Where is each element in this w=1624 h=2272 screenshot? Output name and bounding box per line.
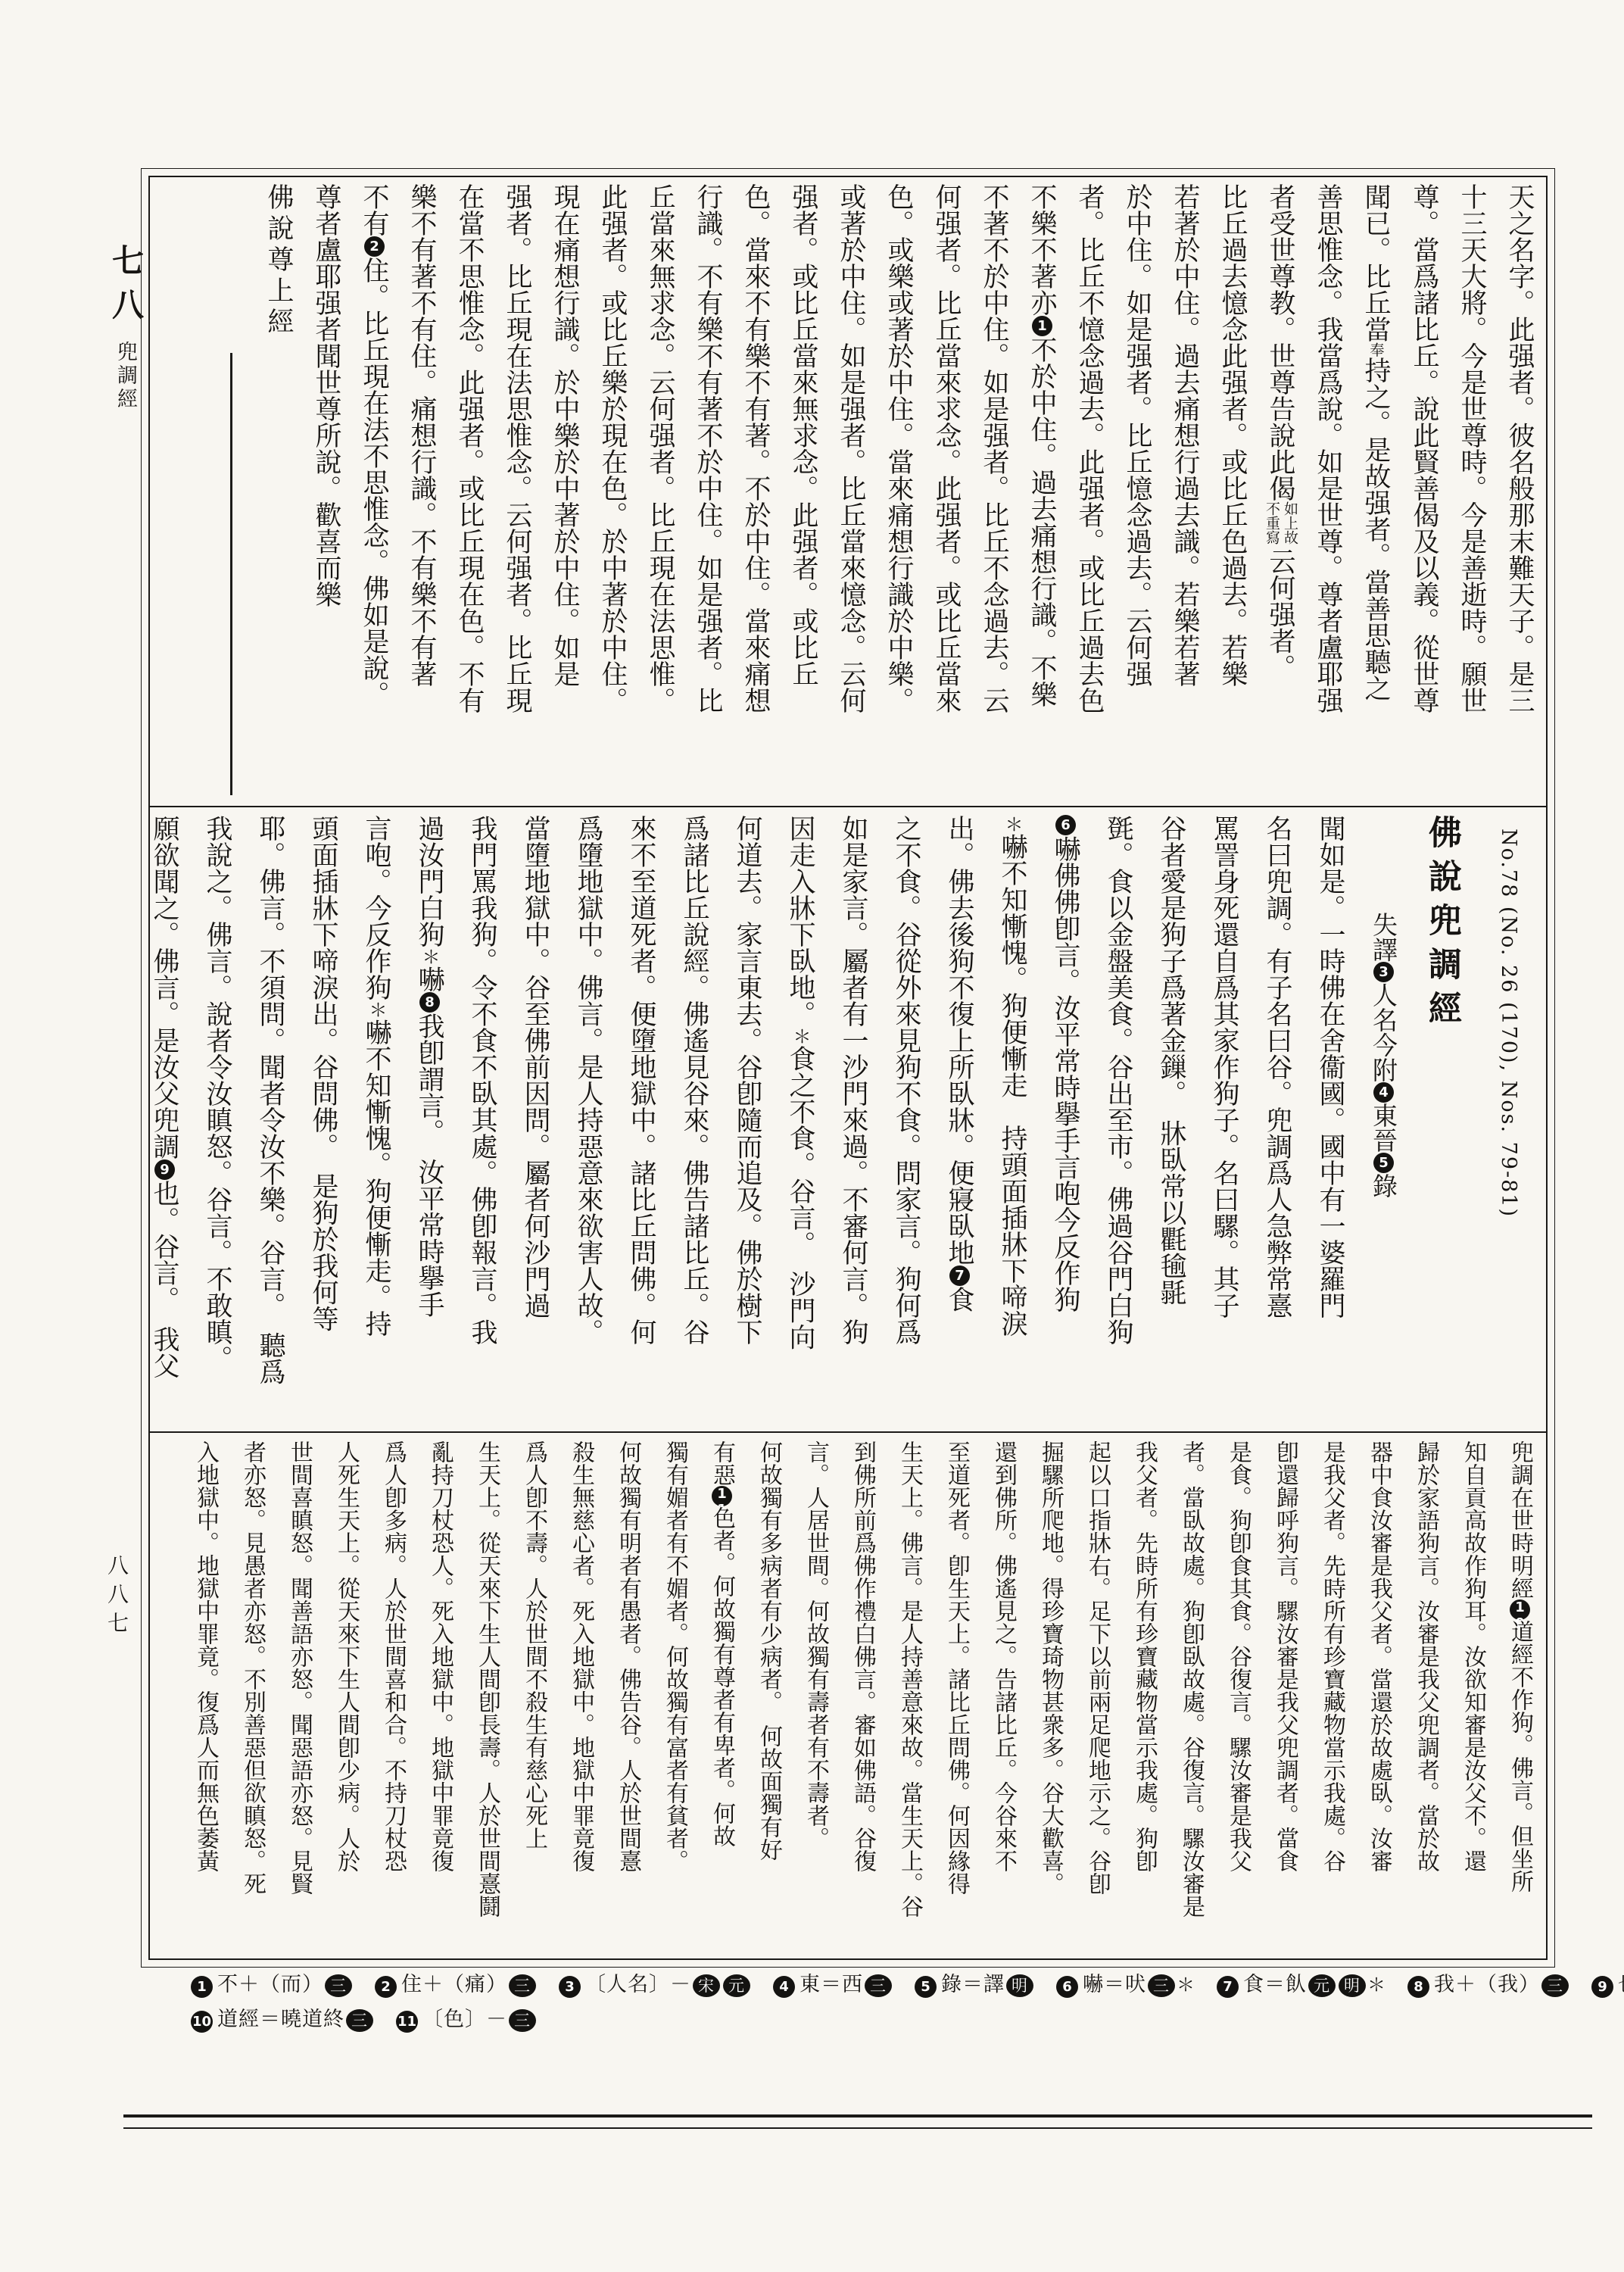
witness-badge: 三 [1541,1974,1569,1997]
footnote-marker: 4 [773,1976,795,1998]
footnote-marker: 11 [712,1486,732,1506]
text-column: 言咆。今反作狗＊嚇不知慚愧。狗便慚走。持 [350,815,403,1428]
text-column: 生天上。佛言。是人持善意來故。當生天上。谷 [886,1440,933,1955]
text-column: 我說之。佛言。說者令汝瞋怒。谷言。不敢瞋。 [191,815,244,1428]
text-column: 者亦怒。見愚者亦怒。不別善惡但欲瞋怒。死 [229,1440,276,1955]
apparatus-footnotes: 1不＋（而）三 2住＋（痛）三 3〔人名〕－宋元 4東＝西三 5錄＝譯明 6嚇＝… [191,1968,1554,2037]
footnote-marker: 9 [154,1159,175,1180]
asterisk-marker: ＊ [368,1000,385,1019]
footnote-marker: 1 [1032,316,1052,336]
text-column: 人死生天上。從天來下生人間卽少病。人於 [323,1440,369,1955]
footnote-marker: 9 [1591,1976,1613,1998]
text-column: 起以口指牀右。足下以前兩足爬地示之。谷卽 [1074,1440,1121,1955]
margin-sutra-number: 七八 [103,244,148,332]
footnote-marker: 8 [1407,1976,1429,1998]
witness-badge: 三 [509,2009,536,2032]
text-column: 當墮地獄中。谷至佛前因問。屬者何沙門過 [509,815,562,1428]
text-column: 强者。比丘現在法思惟念。云何强者。比丘現 [493,183,541,803]
text-column: 色。或樂或著於中住。當來痛想行識於中樂。 [874,183,922,803]
text-column: 罵詈身死還自爲其家作狗子。名曰騾。其子 [1198,815,1251,1428]
witness-badge: 三 [1148,1974,1175,1997]
footnote-marker: 6 [1056,1976,1078,1998]
text-column: 者。當臥故處。狗卽臥故處。谷復言。騾汝審是 [1167,1440,1214,1955]
footnote-marker: 6 [1055,815,1076,835]
text-column: 兜調在世時明經10道經不作狗。佛言。但坐所 [1496,1440,1543,1955]
text-column: 爲諸比丘說經。佛遙見谷來。佛告諸比丘。谷 [668,815,721,1428]
catalog-number-line: No.78 (No. 26 (170), Nos. 79-81) [1473,815,1543,1428]
text-column: 於中住。如是强者。比丘憶念過去。云何强 [1113,183,1161,803]
text-column: 掘騾所爬地。得珍寶琦物甚衆多。谷大歡喜。 [1027,1440,1074,1955]
margin-sutra-title: 兜調經 [111,341,140,411]
footnote-line-2: 10道經＝曉道終三 11〔色〕－三 [191,2002,1554,2033]
text-column: 是食。狗卽食其食。谷復言。騾汝審是我父 [1214,1440,1261,1955]
asterisk-marker: ＊ [1367,1977,1386,1993]
text-column: 强者。或比丘當來無求念。此强者。或比丘 [779,183,827,803]
text-column: 者。比丘不憶念過去。此强者。或比丘過去色 [1065,183,1113,803]
footnote-marker: 4 [1373,1082,1394,1103]
witness-badge: 三 [346,2009,373,2032]
text-column: 行識。不有樂不有著不於中住。如是强者。比 [684,183,731,803]
asterisk-marker: ＊ [421,947,438,966]
text-column: 來不至道死者。便墮地獄中。諸比丘問佛。何 [615,815,668,1428]
text-column: 何故獨有明者有愚者。佛告谷。人於世間憙 [604,1440,651,1955]
footnote-marker: 2 [375,1976,397,1998]
witness-badge: 三 [865,1974,892,1997]
text-column: 色。當來不有樂不有著。不於中住。當來痛想 [731,183,779,803]
text-column: 聞已。比丘當奉持之。是故强者。當善思聽之 [1351,183,1400,803]
footnote-marker: 11 [396,2011,418,2033]
witness-badge: 三 [325,1974,352,1997]
text-column: 過汝門白狗＊嚇8我卽謂言。 汝平常時擧手 [403,815,456,1428]
text-column: 爲人卽多病。人於世間喜和合。不持刀杖恐 [369,1440,416,1955]
text-column: 不樂不著亦1不於中住。過去痛想行識。不樂 [1018,183,1065,803]
text-column: 知自貢高故作狗耳。汝欲知審是汝父不。還 [1449,1440,1496,1955]
text-column: 丘當來無求念。云何强者。比丘現在法思惟。 [636,183,684,803]
witness-badge: 明 [1339,1974,1366,1997]
witness-badge: 元 [1308,1974,1336,1997]
text-column: 如是家言。屬者有一沙門來過。不審何言。狗 [827,815,880,1428]
text-column: 我父者。先時所有珍寶藏物當示我處。狗卽 [1121,1440,1167,1955]
asterisk-marker: ＊ [792,1027,809,1045]
text-column: 到佛所前爲佛作禮白佛言。審如佛語。谷復 [839,1440,886,1955]
small-gloss-char: 奉 [1367,342,1385,357]
footnote-marker: 8 [419,992,440,1013]
text-column: 樂不有著不有住。痛想行識。不有樂不有著 [397,183,445,803]
text-column: 若著於中住。過去痛想行過去識。若樂若著 [1161,183,1208,803]
text-column: 有惡11色者。何故獨有尊者有卑者。何故 [698,1440,745,1955]
text-column: ＊嚇不知慚愧。狗便慚走 持頭面插牀下啼淚 [986,815,1039,1428]
text-column: 至道死者。卽生天上。諸比丘問佛。何因緣得 [933,1440,980,1955]
footnote-marker: 3 [1373,962,1394,982]
witness-badge: 元 [723,1974,750,1997]
page-number: 八八七 [101,1554,132,1640]
text-column: 之不食。谷從外來見狗不食。問家言。狗何爲 [880,815,933,1428]
inline-gloss: 如上故不重寫 [1262,501,1298,548]
footnote-line-1: 1不＋（而）三 2住＋（痛）三 3〔人名〕－宋元 4東＝西三 5錄＝譯明 6嚇＝… [191,1968,1554,1998]
footnote-marker: 10 [1510,1599,1530,1620]
text-column: 不著不於中住。如是强者。比丘不念過去。云 [970,183,1018,803]
footnote-marker: 10 [191,2011,213,2033]
footnote-marker: 5 [915,1976,937,1998]
footnote-marker: 2 [364,236,385,257]
text-column: 現在痛想行識。於中樂於中著於中住。如是 [541,183,588,803]
footnote-marker: 1 [191,1976,213,1998]
text-column: 亂持刀杖恐人。死入地獄中。地獄中罪竟復 [416,1440,463,1955]
text-column: 言。人居世間。何故獨有壽者有不壽者。 [792,1440,839,1955]
footnote-marker: 5 [1373,1153,1394,1173]
asterisk-marker: ＊ [1004,815,1021,833]
scanned-sutra-page: 七八 兜調經 八八七 天之名字。此强者。彼名般那末難天子。是三十三天大將。今是世… [0,0,1624,2272]
text-column: 是我父者。先時所有珍寶藏物當示我處。谷 [1308,1440,1355,1955]
band-2-sutra-opening: No.78 (No. 26 (170), Nos. 79-81) 佛說兜調經 失… [150,809,1546,1433]
text-column: 十三天大將。今是世尊時。今是善逝時。願世 [1448,183,1495,803]
text-column: 我門罵我狗。令不食不臥其處。佛卽報言。我 [456,815,509,1428]
text-column: 卽還歸呼狗言。騾汝審是我父兜調者。當食 [1261,1440,1308,1955]
text-column: 善思惟念。我當爲說。如是世尊。尊者盧耶强 [1304,183,1351,803]
vertical-rule [230,353,232,795]
text-column: 因走入牀下臥地。＊食之不食。谷言。 沙門向 [774,815,827,1428]
text-column: 比丘過去憶念此强者。或比丘色過去。若樂 [1208,183,1256,803]
tail-title: 佛說尊上經 [254,183,302,803]
translator-byline: 失譯3人名今附4東晉5錄 [1357,815,1410,1428]
text-column: 或著於中住。如是强者。比丘當來憶念。云何 [827,183,874,803]
witness-badge: 三 [509,1974,536,1997]
text-column: 天之名字。此强者。彼名般那末難天子。是三 [1495,183,1543,803]
asterisk-marker: ＊ [1177,1977,1195,1993]
witness-badge: 宋 [693,1974,720,1997]
witness-badge: 明 [1006,1974,1033,1997]
bottom-double-rule [123,2114,1592,2129]
text-column: 何故獨有多病者有少病者。 何故面獨有好 [745,1440,792,1955]
text-column: 還到佛所。佛遙見之。告諸比丘。今谷來不 [980,1440,1027,1955]
text-column: 耶。佛言。不須問。聞者令汝不樂。谷言。 聽爲 [244,815,297,1428]
text-column: 願欲聞之。佛言。是汝父兜調9也。谷言。 我父 [138,815,191,1428]
sutra-title: 佛說兜調經 [1410,815,1473,1428]
text-column: 世間喜瞋怒。聞善語亦怒。聞惡語亦怒。見賢 [276,1440,323,1955]
text-column: 何道去。家言東去。谷卽隨而追及。佛於樹下 [721,815,774,1428]
text-column: 爲墮地獄中。佛言。是人持惡意來欲害人故。 [562,815,615,1428]
text-column: 在當不思惟念。此强者。或比丘現在色。不有 [445,183,493,803]
text-column: 㲪。食以金盤美食。谷出至市。佛過谷門白狗 [1092,815,1145,1428]
text-column: 名曰兜調。有子名曰谷。兜調爲人急弊常憙 [1251,815,1304,1428]
text-column: 爲人卽不壽。人於世間不殺生有慈心死上 [510,1440,557,1955]
text-column: 者受世尊教。世尊告說此偈如上故不重寫云何强者。 [1256,183,1304,803]
text-column: 此强者。或比丘樂於現在色。於中著於中住。 [588,183,636,803]
text-column: 聞如是。一時佛在舍衞國。國中有一婆羅門 [1304,815,1357,1428]
text-column: 尊。當爲諸比丘。說此賢善偈及以義。從世尊 [1400,183,1448,803]
footnote-marker: 7 [949,1266,970,1286]
text-column: 尊者盧耶强者聞世尊所說。歡喜而樂 [302,183,350,803]
footnote-marker: 3 [559,1976,581,1998]
text-column: 何强者。比丘當來求念。此强者。或比丘當來 [922,183,970,803]
text-column: 生天上。從天來下生人間卽長壽。人於世間憙鬪 [463,1440,510,1955]
text-column: 6嚇佛佛卽言。汝平常時擧手言咆今反作狗 [1039,815,1092,1428]
band-3-continuation: 兜調在世時明經10道經不作狗。佛言。但坐所知自貢高故作狗耳。汝欲知審是汝父不。還… [150,1434,1546,1958]
footnote-marker: 7 [1217,1976,1239,1998]
text-column: 入地獄中。地獄中罪竟。復爲人而無色萎黃 [182,1440,229,1955]
text-column: 歸於家語狗言。汝審是我父兜調者。當於故 [1402,1440,1449,1955]
band1-columns: 天之名字。此强者。彼名般那末難天子。是三十三天大將。今是世尊時。今是善逝時。願世… [302,183,1543,803]
text-column: 殺生無慈心者。死入地獄中。地獄中罪竟復 [557,1440,604,1955]
text-column: 頭面插牀下啼淚出。谷問佛。 是狗於我何等 [297,815,350,1428]
sutra-end-rule [209,183,254,803]
text-column: 不有2住。比丘現在法不思惟念。佛如是說。 [350,183,397,803]
text-column: 獨有媚者有不媚者。何故獨有富者有貧者。 [651,1440,698,1955]
band2-columns: 聞如是。一時佛在舍衞國。國中有一婆羅門名曰兜調。有子名曰谷。兜調爲人急弊常憙罵詈… [138,815,1357,1428]
text-column: 谷者愛是狗子爲著金鏁。 牀臥常以氍毺毾 [1145,815,1198,1428]
band-1-sutra-end: 天之名字。此强者。彼名般那末難天子。是三十三天大將。今是世尊時。今是善逝時。願世… [150,177,1546,807]
text-column: 出。佛去後狗不復上所臥牀。便寢臥地7食 [933,815,986,1428]
text-column: 器中食汝審是我父者。當還於故處臥。汝審 [1355,1440,1402,1955]
band3-columns: 兜調在世時明經10道經不作狗。佛言。但坐所知自貢高故作狗耳。汝欲知審是汝父不。還… [182,1440,1543,1955]
text-block-frame: 天之名字。此强者。彼名般那末難天子。是三十三天大將。今是世尊時。今是善逝時。願世… [148,176,1548,1960]
